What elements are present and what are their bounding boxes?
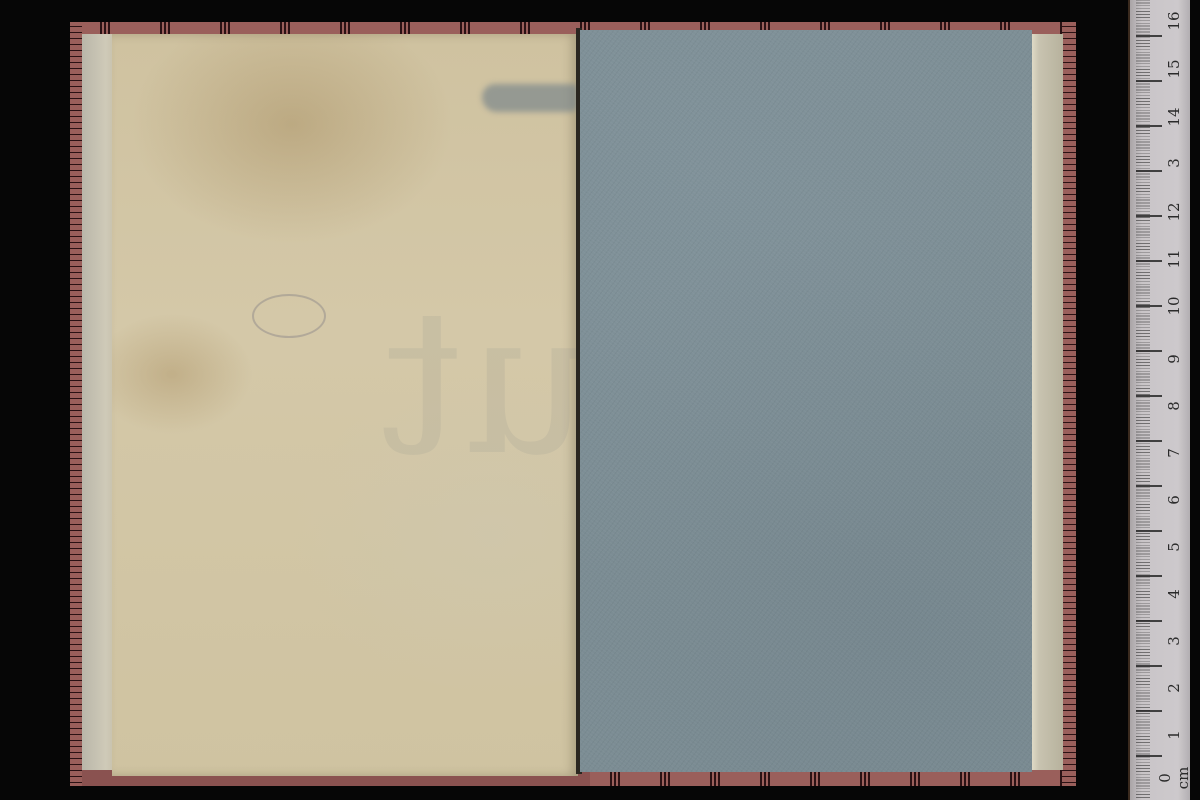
faded-library-stamp (252, 294, 326, 338)
left-page-aged-paper: ut (112, 34, 578, 776)
ruler-label-13: 3 (1165, 149, 1183, 177)
ruler-label-14: 14 (1165, 103, 1183, 131)
ruler-label-3: 3 (1165, 627, 1183, 655)
ruler-label-16: 16 (1165, 7, 1183, 35)
ruler-label-4: 4 (1165, 580, 1183, 608)
cover-cloth-right-edge (1062, 22, 1076, 786)
ruler-label-9: 9 (1165, 345, 1183, 373)
ruler-label-5: 5 (1165, 533, 1183, 561)
ruler-label-12: 12 (1165, 198, 1183, 226)
right-page-blue-flyleaf (580, 30, 1032, 772)
cover-cloth-left-edge (70, 22, 82, 786)
ruler-label-7: 7 (1165, 439, 1183, 467)
cover-cloth-bottom-edge (590, 770, 1076, 786)
blue-stain (482, 84, 578, 112)
ruler-label-11: 11 (1165, 245, 1183, 273)
ruler-label-8: 8 (1165, 392, 1183, 420)
ruler-label-1: 1 (1165, 721, 1183, 749)
mirrored-large-glyph-show-through: ut (382, 284, 591, 484)
photograph-scene: ut 0 cm 1 2 3 4 5 6 7 8 9 10 11 12 3 14 … (0, 0, 1200, 800)
paper-texture (580, 30, 1032, 772)
right-pastedown-edge (1028, 34, 1063, 770)
ruler-label-15: 15 (1165, 55, 1183, 83)
centimetre-ruler: 0 cm 1 2 3 4 5 6 7 8 9 10 11 12 3 14 15 … (1128, 0, 1190, 800)
ruler-label-2: 2 (1165, 674, 1183, 702)
ruler-label-0: 0 cm (1156, 764, 1192, 792)
ruler-label-6: 6 (1165, 486, 1183, 514)
ruler-label-10: 10 (1165, 292, 1183, 320)
